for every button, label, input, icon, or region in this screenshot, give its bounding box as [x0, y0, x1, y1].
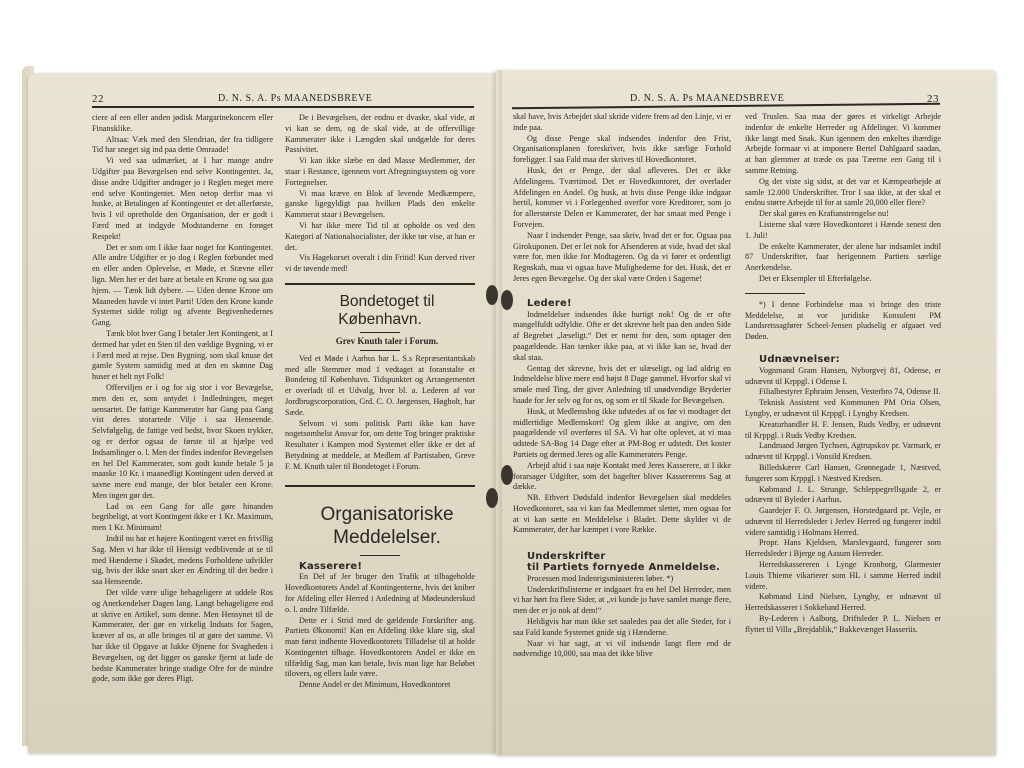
paragraph: Købmand J. L. Strunge, Schleppegrellsgad…: [745, 485, 941, 507]
paragraph: Dette er i Strid med de gældende Forskri…: [285, 616, 475, 681]
header-rule: [92, 106, 474, 108]
right-running-header: D. N. S. A. Ps MAANEDSBREVE: [630, 93, 784, 104]
article-subtitle: Grev Knuth taler i Forum.: [285, 336, 475, 347]
paragraph: Listerne skal være Hovedkontoret i Hænde…: [745, 220, 941, 242]
paragraph: Husk, det er Penge, der skal afleveres. …: [513, 166, 731, 231]
paragraph: En Del af Jer bruger den Trafik at tilba…: [285, 572, 475, 615]
book-gutter: [492, 70, 502, 755]
paragraph: ciere af een eller anden jødisk Margarin…: [92, 113, 273, 135]
punch-hole-icon: [486, 488, 498, 508]
left-column-1: ciere af een eller anden jødisk Margarin…: [92, 113, 273, 685]
paragraph: Vi maa kræve en Blok af levende Medkæmpe…: [285, 189, 475, 221]
article-conclusion: De i Bevægelsen, der endnu er dvaske, sk…: [285, 113, 475, 275]
kasserere-heading: Kasserere!: [285, 562, 475, 573]
punch-hole-icon: [486, 285, 498, 305]
paragraph: Herredskassereren i Lynge Kronborg, Glar…: [745, 560, 941, 592]
section-title-line1: Organisatoriske: [285, 503, 475, 526]
paragraph: By-Lederen i Aalborg, Driftsleder P. L. …: [745, 614, 941, 636]
paragraph: Og det viste sig sidst, at det var et Kæ…: [745, 177, 941, 209]
paragraph: Lad os een Gang for alle gøre hinanden b…: [92, 502, 273, 534]
paragraph: Propr. Hans Kjeldsen, Marslevgaard, fung…: [745, 538, 941, 560]
paragraph: Købmand Lind Nielsen, Lyngby, er udnævnt…: [745, 592, 941, 614]
paragraph: Indmeldelser indsendes ikke hurtigt nok!…: [513, 310, 731, 364]
paragraph: Vis Hagekorset overalt i din Fritid! Kun…: [285, 253, 475, 275]
paragraph: Vi kan ikke slæbe en død Masse Medlemmer…: [285, 156, 475, 188]
punch-hole-icon: [501, 465, 513, 485]
paragraph: Landmand Jørgen Tychsen, Agtrupskov pr. …: [745, 441, 941, 463]
section-divider: [285, 485, 475, 487]
udnaevnelser-heading: Udnævnelser:: [745, 355, 941, 366]
paragraph: Gentag det skrevne, hvis det er ulæselig…: [513, 364, 731, 407]
footnote-rule: [745, 293, 805, 294]
paragraph: Vi har ikke mere Tid til at opholde os v…: [285, 221, 475, 253]
right-column-1: skal have, hvis Arbejdet skal skride vid…: [513, 112, 731, 660]
paragraph: Teknisk Assistent ved Kommunen PM Oria O…: [745, 398, 941, 420]
title-rule: [360, 350, 400, 351]
paragraph: Ved et Møde i Aarhus har L. S.s Repræsen…: [285, 354, 475, 419]
paragraph: Kreaturhandler H. F. Jensen, Ruds Vedby,…: [745, 420, 941, 442]
title-rule: [360, 555, 400, 556]
section-divider: [285, 283, 475, 285]
left-page-number: 22: [92, 93, 104, 105]
ledere-heading: Ledere!: [513, 299, 731, 310]
paragraph: De i Bevægelsen, der endnu er dvaske, sk…: [285, 113, 475, 156]
paragraph: Heldigvis har man ikke set saaledes paa …: [513, 617, 731, 639]
title-rule: [360, 332, 400, 333]
left-running-header: D. N. S. A. Ps MAANEDSBREVE: [218, 93, 372, 104]
left-column-2: De i Bevægelsen, der endnu er dvaske, sk…: [285, 113, 475, 691]
paragraph: Selvom vi som politisk Parti ikke kan ha…: [285, 419, 475, 473]
footnote: *) I denne Forbindelse maa vi bringe den…: [745, 300, 941, 343]
paragraph: Billedskærer Carl Hansen, Grønnegade 1, …: [745, 463, 941, 485]
underskrifter-heading-2: til Partiets fornyede Anmeldelse.: [513, 563, 731, 574]
paragraph: Det er Eksempler til Efterfølgelse.: [745, 274, 941, 285]
paragraph: Altsaa: Væk med den Slendrian, der fra t…: [92, 135, 273, 157]
paragraph: Denne Andel er det Minimum, Hovedkontore…: [285, 680, 475, 691]
paragraph: skal have, hvis Arbejdet skal skride vid…: [513, 112, 731, 134]
right-column-2: ved Truslen. Saa maa der gøres et virkel…: [745, 112, 941, 636]
paragraph: Filialbestyrer Ephraim Jensen, Vesterbro…: [745, 387, 941, 398]
paragraph: Der skal gøres en Kraftanstrengelse nu!: [745, 209, 941, 220]
paragraph: Indtil nu har et højere Kontingent været…: [92, 534, 273, 588]
paragraph: Vi ved saa udmærket, at I har mange andr…: [92, 156, 273, 242]
paragraph: ved Truslen. Saa maa der gøres et virkel…: [745, 112, 941, 177]
paragraph: Husk, at Medlemsbog ikke udstedes af os …: [513, 407, 731, 461]
paragraph: Det er som om I ikke faar noget for Kont…: [92, 243, 273, 329]
article-organisatoriske: Organisatoriske Meddelelser. Kasserere! …: [285, 503, 475, 692]
punch-hole-icon: [501, 290, 513, 310]
paragraph: Naar vi har sagt, at vi vil indsende lan…: [513, 639, 731, 661]
article-bondetoget: Bondetoget til København. Grev Knuth tal…: [285, 293, 475, 473]
paragraph: Underskriftslisterne er indgaaet fra en …: [513, 585, 731, 617]
section-title-line2: Meddelelser.: [285, 526, 475, 549]
paragraph: Offerviljen er i og for sig stor i vor B…: [92, 383, 273, 502]
paragraph: Tænk blot hver Gang I betaler Jert Konti…: [92, 329, 273, 383]
paragraph: De enkelte Kammerater, der alene har ind…: [745, 242, 941, 274]
paragraph: NB. Ethvert Dødsfald indenfor Bevægelsen…: [513, 493, 731, 536]
article-title: Bondetoget til København.: [285, 293, 475, 329]
paragraph: Naar I indsender Penge, saa skriv, hvad …: [513, 231, 731, 285]
paragraph: Det vilde være ulige behageligere at udd…: [92, 588, 273, 685]
paragraph: Processen mod Indenrigsministeren løber.…: [513, 574, 731, 585]
paragraph: Og disse Penge skal indsendes indenfor d…: [513, 134, 731, 166]
paragraph: Arbejd altid i saa nøje Kontakt med Jere…: [513, 461, 731, 493]
paragraph: Gaardejer F. O. Jørgensen, Horstedgaard …: [745, 506, 941, 538]
paragraph: Vognmand Gram Hansen, Nyborgvej 81, Oden…: [745, 366, 941, 388]
